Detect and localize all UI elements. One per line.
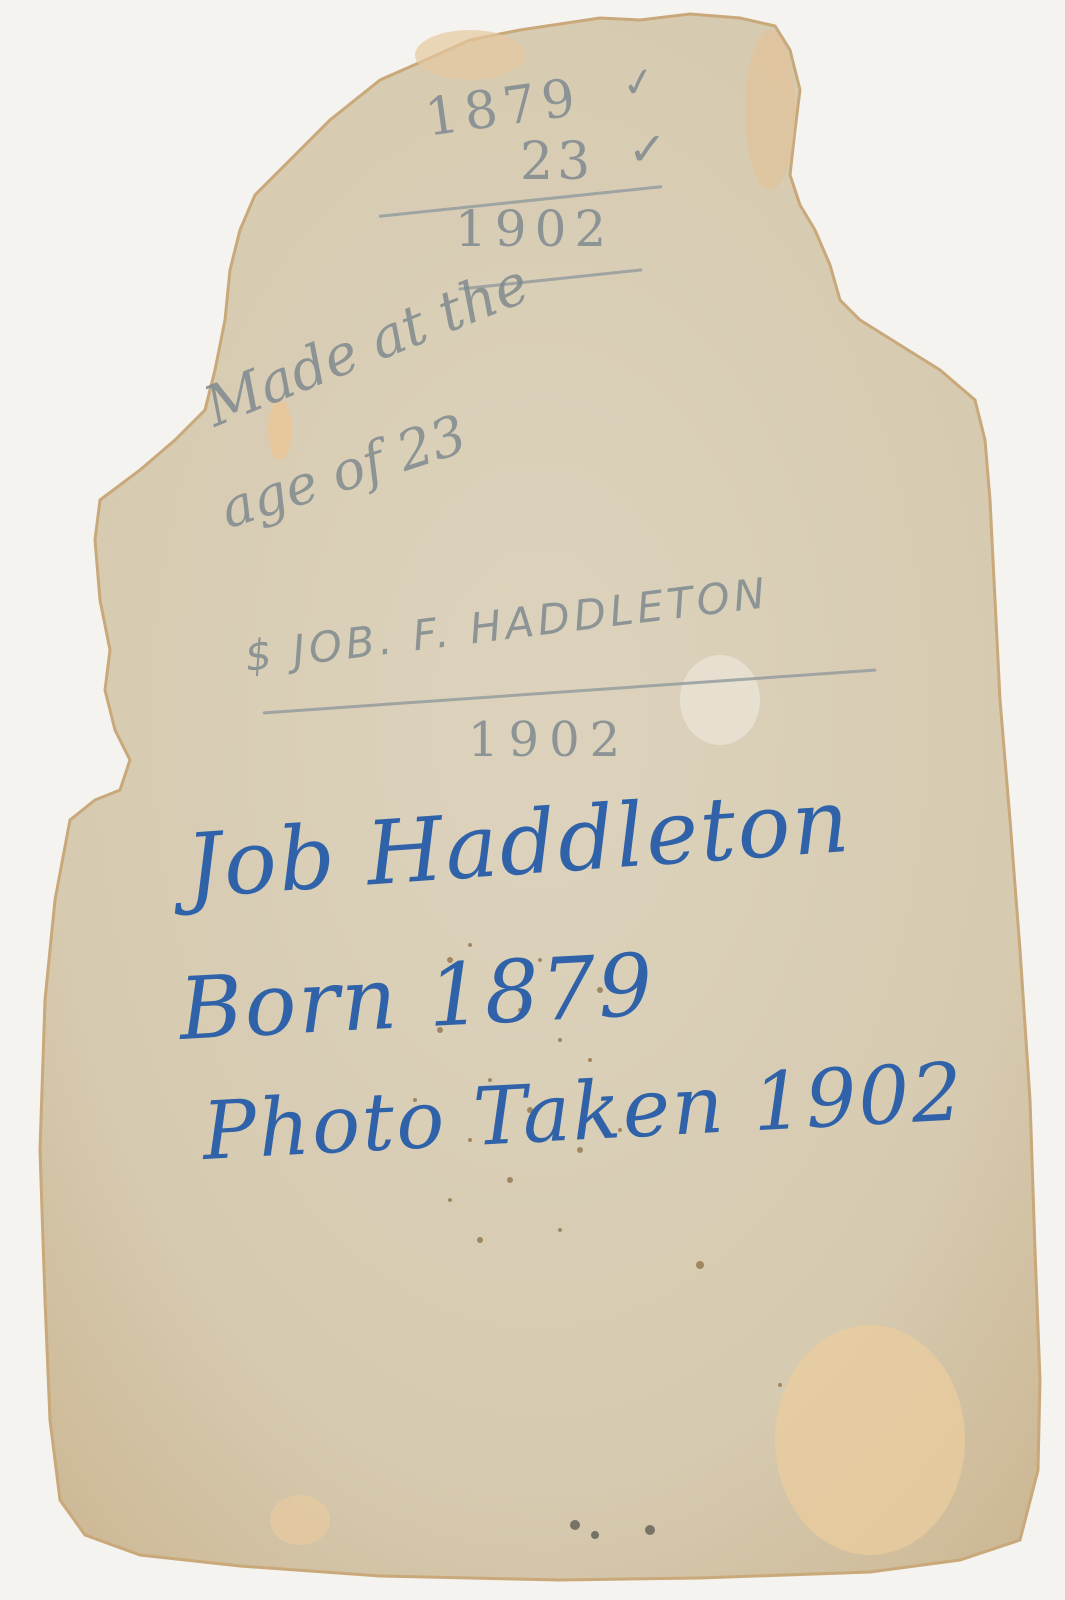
check-mark-icon: ✓ [628, 122, 667, 176]
pencil-name-year: 1902 [468, 712, 630, 768]
pencil-calc-result: 1902 [455, 200, 614, 258]
pencil-calc-line2: 23 [520, 132, 594, 192]
scan-background: 1879 ✓ 23 ✓ 1902 Made at the age of 23 $… [0, 0, 1065, 1600]
